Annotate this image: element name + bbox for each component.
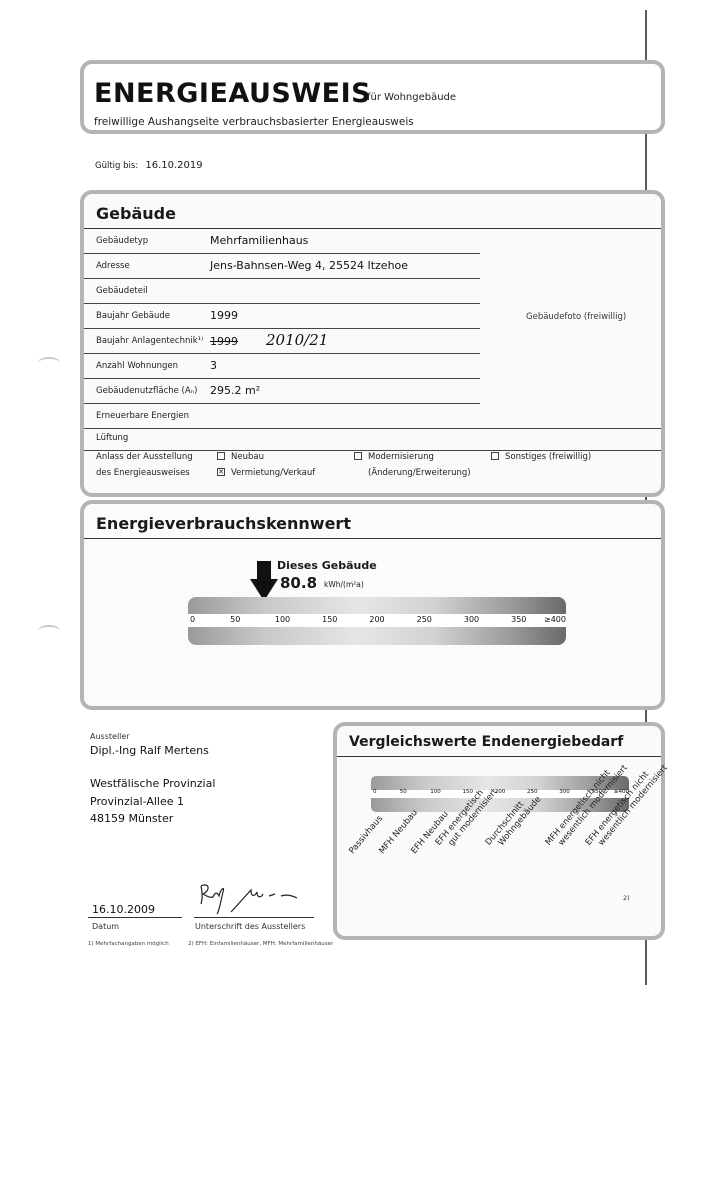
comparison-section-title: Vergleichswerte Endenergiebedarf bbox=[349, 734, 623, 750]
divider bbox=[337, 756, 661, 757]
issuer-name: Dipl.-Ing Ralf Mertens bbox=[90, 744, 209, 757]
issue-date: 16.10.2009 bbox=[92, 903, 155, 916]
certificate-header: ENERGIEAUSWEIS für Wohngebäude freiwilli… bbox=[80, 60, 665, 134]
building-row: AdresseJens-Bahnsen-Weg 4, 25524 Itzehoe bbox=[84, 254, 480, 279]
valid-until-label: Gültig bis: bbox=[95, 161, 138, 171]
reason-options-col1: Neubau ✕Vermietung/Verkauf bbox=[217, 449, 315, 481]
tick-label: 0 bbox=[190, 615, 195, 624]
marker-unit: kWh/(m²a) bbox=[324, 580, 364, 589]
comparison-section: Vergleichswerte Endenergiebedarf 0501001… bbox=[333, 722, 665, 940]
building-row: Gebäudenutzfläche (Aₙ)295.2 m² bbox=[84, 379, 480, 404]
tick-label: 150 bbox=[322, 615, 337, 624]
building-row: Gebäudeteil bbox=[84, 279, 480, 304]
checkbox-vermietung-verkauf[interactable]: ✕Vermietung/Verkauf bbox=[217, 465, 315, 481]
building-section: Gebäude GebäudetypMehrfamilienhausAdress… bbox=[80, 190, 665, 497]
signature-label: Unterschrift des Ausstellers bbox=[195, 922, 305, 931]
footnote-1: 1) Mehrfachangaben möglich bbox=[88, 941, 169, 947]
marker-value: 80.8 bbox=[280, 574, 317, 592]
building-section-title: Gebäude bbox=[96, 204, 176, 223]
checkbox-checked-icon[interactable]: ✕ bbox=[217, 468, 225, 476]
punch-hole-mark bbox=[38, 357, 60, 369]
checkbox-icon[interactable] bbox=[491, 452, 499, 460]
energy-scale-ticks: 050100150200250300350≥400 bbox=[188, 615, 566, 627]
row-value: 295.2 m² bbox=[210, 384, 260, 397]
tick-label: 100 bbox=[275, 615, 290, 624]
signature-line bbox=[194, 917, 314, 918]
comparison-footnote-mark: 2) bbox=[623, 894, 630, 902]
date-label: Datum bbox=[92, 922, 119, 931]
row-value: 1999 bbox=[210, 309, 238, 322]
tick-label: 300 bbox=[464, 615, 479, 624]
tick-label: 0 bbox=[373, 789, 377, 795]
tick-label: 250 bbox=[417, 615, 432, 624]
reason-options-col2: Modernisierung (Änderung/Erweiterung) bbox=[354, 449, 471, 481]
issuer-street: Provinzial-Allee 1 bbox=[90, 795, 184, 808]
row-label: Gebäudeteil bbox=[96, 286, 148, 296]
row-value: Jens-Bahnsen-Weg 4, 25524 Itzehoe bbox=[210, 259, 408, 272]
tick-label: 300 bbox=[559, 789, 570, 795]
building-row: Lüftung bbox=[84, 426, 661, 451]
building-row: GebäudetypMehrfamilienhaus bbox=[84, 229, 480, 254]
marker-label: Dieses Gebäude bbox=[277, 559, 377, 572]
row-value: 19992010/21 bbox=[210, 331, 328, 349]
reason-options-col3: Sonstiges (freiwillig) bbox=[491, 449, 591, 465]
document-subtitle: freiwillige Aushangseite verbrauchsbasie… bbox=[94, 116, 414, 128]
tick-label: 200 bbox=[369, 615, 384, 624]
valid-until-date: 16.10.2019 bbox=[145, 160, 202, 171]
checkbox-icon[interactable] bbox=[354, 452, 362, 460]
document-title: ENERGIEAUSWEIS bbox=[94, 78, 371, 109]
issuer-city: 48159 Münster bbox=[90, 812, 173, 825]
row-label: Gebäudenutzfläche (Aₙ) bbox=[96, 386, 197, 396]
row-label: Erneuerbare Energien bbox=[96, 411, 189, 421]
building-row: Baujahr Anlagentechnik¹⁾19992010/21 bbox=[84, 329, 480, 354]
tick-label: 50 bbox=[230, 615, 240, 624]
row-value: Mehrfamilienhaus bbox=[210, 234, 308, 247]
consumption-section: Energieverbrauchskennwert Dieses Gebäude… bbox=[80, 500, 665, 710]
row-label: Gebäudetyp bbox=[96, 236, 148, 246]
building-row: Anzahl Wohnungen3 bbox=[84, 354, 480, 379]
building-row: Baujahr Gebäude1999 bbox=[84, 304, 480, 329]
document-title-suffix: für Wohngebäude bbox=[367, 92, 456, 103]
tick-label: 350 bbox=[511, 615, 526, 624]
date-line bbox=[88, 917, 182, 918]
handwritten-correction: 2010/21 bbox=[266, 331, 328, 349]
signature-image bbox=[195, 878, 315, 918]
row-label: Lüftung bbox=[96, 433, 128, 443]
tick-label: ≥400 bbox=[544, 615, 566, 624]
row-label: Anzahl Wohnungen bbox=[96, 361, 178, 371]
checkbox-modernisierung[interactable]: Modernisierung bbox=[354, 449, 471, 465]
row-label: Adresse bbox=[96, 261, 130, 271]
consumption-section-title: Energieverbrauchskennwert bbox=[96, 514, 351, 533]
checkbox-neubau[interactable]: Neubau bbox=[217, 449, 315, 465]
valid-until: Gültig bis: 16.10.2019 bbox=[95, 160, 203, 171]
tick-label: 100 bbox=[430, 789, 441, 795]
issuer-company: Westfälische Provinzial bbox=[90, 777, 215, 790]
footnote-2: 2) EFH: Einfamilienhäuser, MFH: Mehrfami… bbox=[188, 941, 333, 947]
row-label: Baujahr Gebäude bbox=[96, 311, 170, 321]
building-photo-label: Gebäudefoto (freiwillig) bbox=[526, 312, 626, 322]
tick-label: 50 bbox=[400, 789, 407, 795]
checkbox-sonstiges[interactable]: Sonstiges (freiwillig) bbox=[491, 449, 591, 465]
marker-arrow-icon bbox=[257, 561, 271, 579]
punch-hole-mark bbox=[38, 625, 60, 637]
divider bbox=[84, 538, 661, 539]
issuer-label: Aussteller bbox=[90, 732, 130, 741]
row-value: 3 bbox=[210, 359, 217, 372]
row-label: Baujahr Anlagentechnik¹⁾ bbox=[96, 336, 203, 346]
reason-label: Anlass der Ausstellung des Energieauswei… bbox=[96, 449, 193, 481]
checkbox-icon[interactable] bbox=[217, 452, 225, 460]
